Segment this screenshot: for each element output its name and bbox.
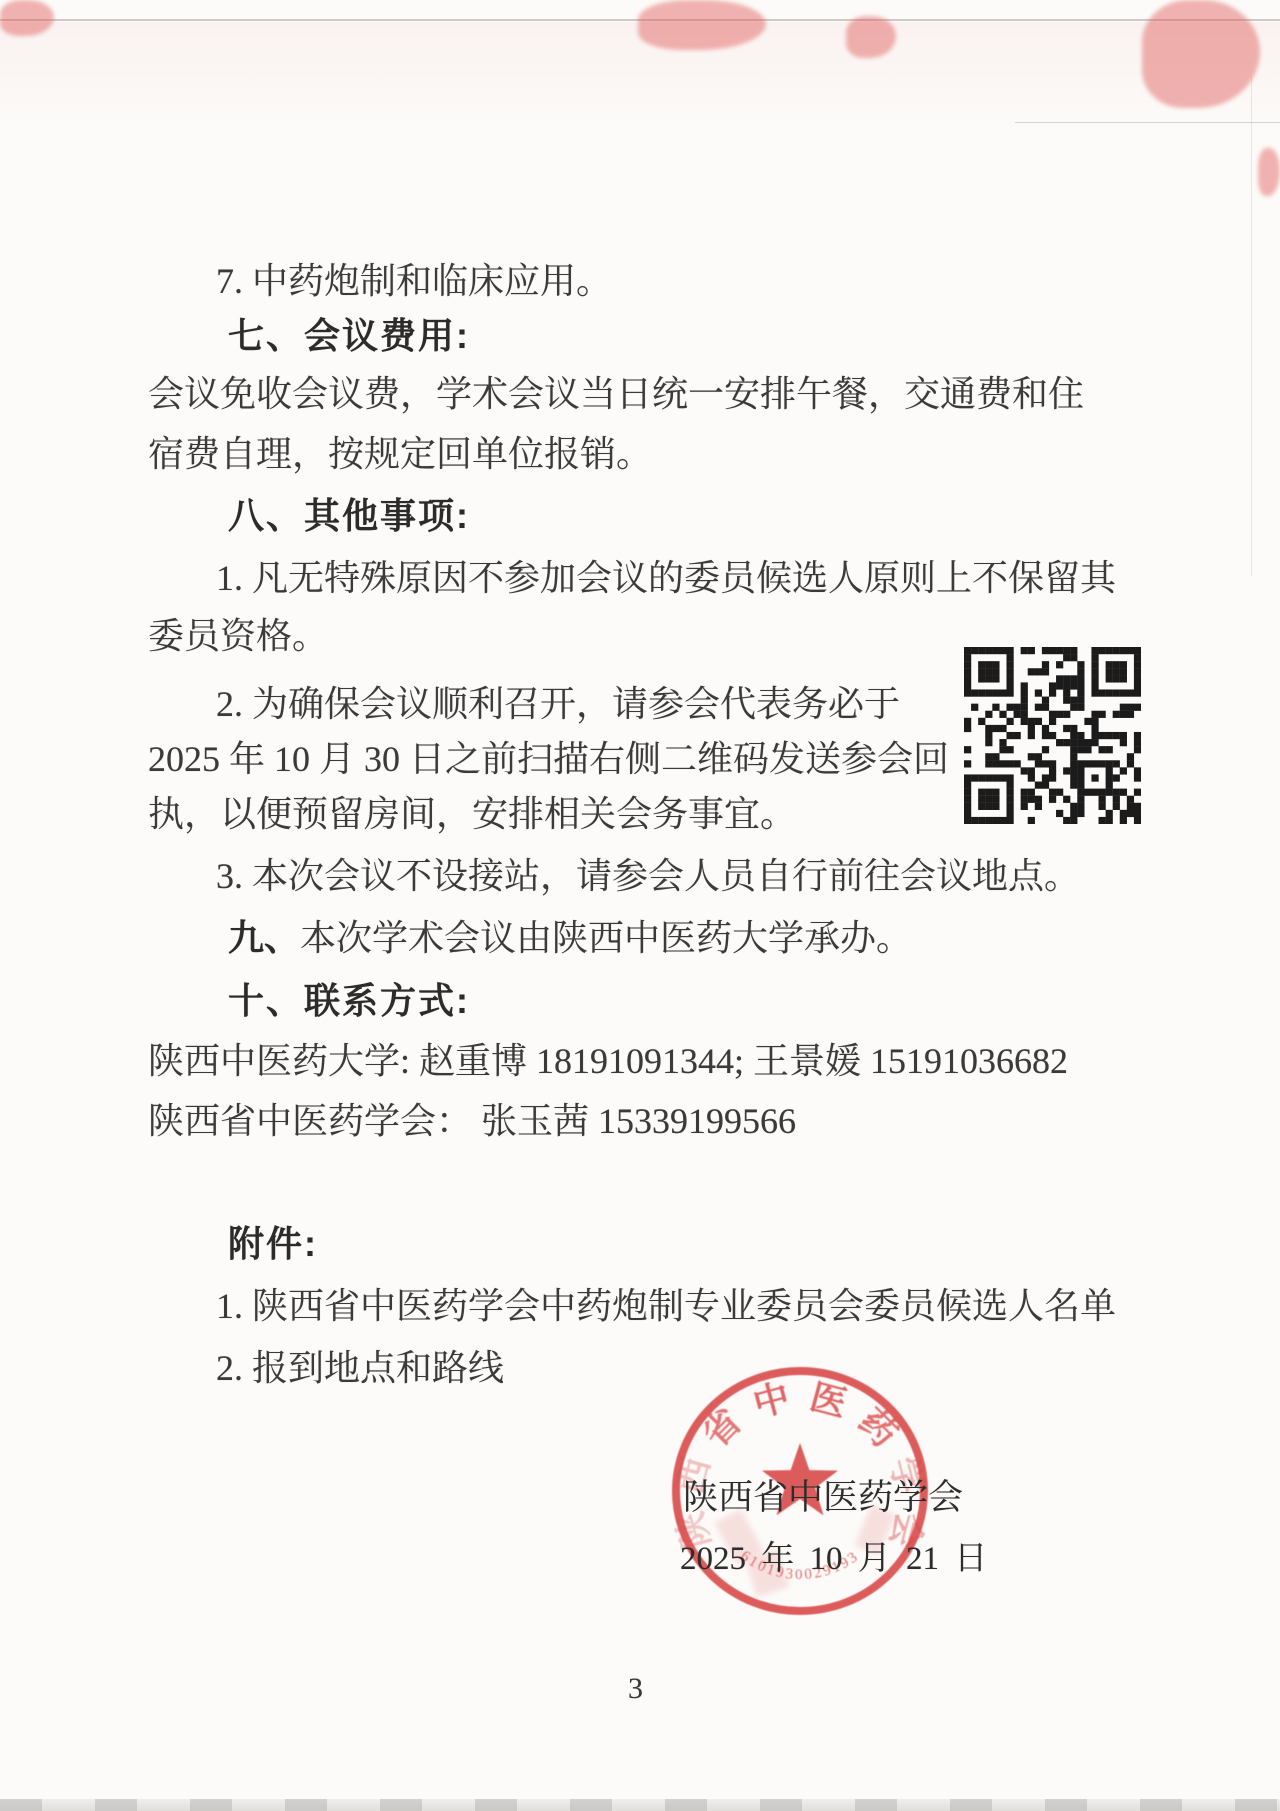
attachment-item-2: 2. 报到地点和路线 bbox=[216, 1348, 504, 1388]
fees-paragraph-line-1: 会议免收会议费，学术会议当日统一安排午餐，交通费和住 bbox=[148, 374, 1084, 414]
scan-bottom-edge bbox=[0, 1799, 1280, 1811]
section-10-heading: 十、联系方式: bbox=[228, 981, 470, 1021]
contact-university: 陕西中医药大学: 赵重博 18191091344; 王景媛 1519103668… bbox=[148, 1041, 1068, 1081]
scan-artifact-line bbox=[1015, 122, 1280, 123]
attachments-heading: 附件: bbox=[228, 1224, 318, 1264]
other-item-2-line-3: 执，以便预留房间，安排相关会务事宜。 bbox=[148, 794, 796, 834]
registration-qr-code bbox=[964, 647, 1141, 824]
section-9-text: 本次学术会议由陕西中医药大学承办。 bbox=[300, 918, 912, 958]
other-item-1-line-2: 委员资格。 bbox=[148, 616, 328, 656]
svg-text:中: 中 bbox=[749, 1377, 794, 1425]
scanned-document-page: 7. 中药炮制和临床应用。 七、会议费用: 会议免收会议费，学术会议当日统一安排… bbox=[0, 0, 1280, 1811]
topic-item-7: 7. 中药炮制和临床应用。 bbox=[216, 261, 612, 301]
section-7-heading: 七、会议费用: bbox=[228, 316, 470, 356]
signature-organization: 陕西省中医药学会 bbox=[683, 1470, 963, 1520]
signature-date: 2025 年 10 月 21 日 bbox=[680, 1532, 987, 1579]
red-ink-smudge bbox=[1258, 148, 1280, 196]
svg-text:药: 药 bbox=[851, 1401, 905, 1455]
section-9-line: 九、本次学术会议由陕西中医药大学承办。 bbox=[228, 918, 912, 958]
other-item-2-line-2: 2025 年 10 月 30 日之前扫描右侧二维码发送参会回 bbox=[148, 739, 949, 779]
other-item-3: 3. 本次会议不设接站，请参会人员自行前往会议地点。 bbox=[216, 856, 1080, 896]
scan-artifact-line-vertical bbox=[1251, 76, 1252, 576]
other-item-1-line-1: 1. 凡无特殊原因不参加会议的委员候选人原则上不保留其 bbox=[216, 558, 1116, 598]
svg-text:医: 医 bbox=[806, 1377, 851, 1425]
contact-association: 陕西省中医药学会： 张玉茜 15339199566 bbox=[148, 1101, 796, 1141]
other-item-2-line-1: 2. 为确保会议顺利召开，请参会代表务必于 bbox=[216, 684, 900, 724]
svg-text:省: 省 bbox=[695, 1401, 749, 1455]
fees-paragraph-line-2: 宿费自理，按规定回单位报销。 bbox=[148, 434, 652, 474]
page-number: 3 bbox=[628, 1672, 643, 1706]
section-8-heading: 八、其他事项: bbox=[228, 496, 470, 536]
section-9-number: 九、 bbox=[228, 917, 300, 958]
attachment-item-1: 1. 陕西省中医药学会中药炮制专业委员会委员候选人名单 bbox=[216, 1286, 1116, 1326]
